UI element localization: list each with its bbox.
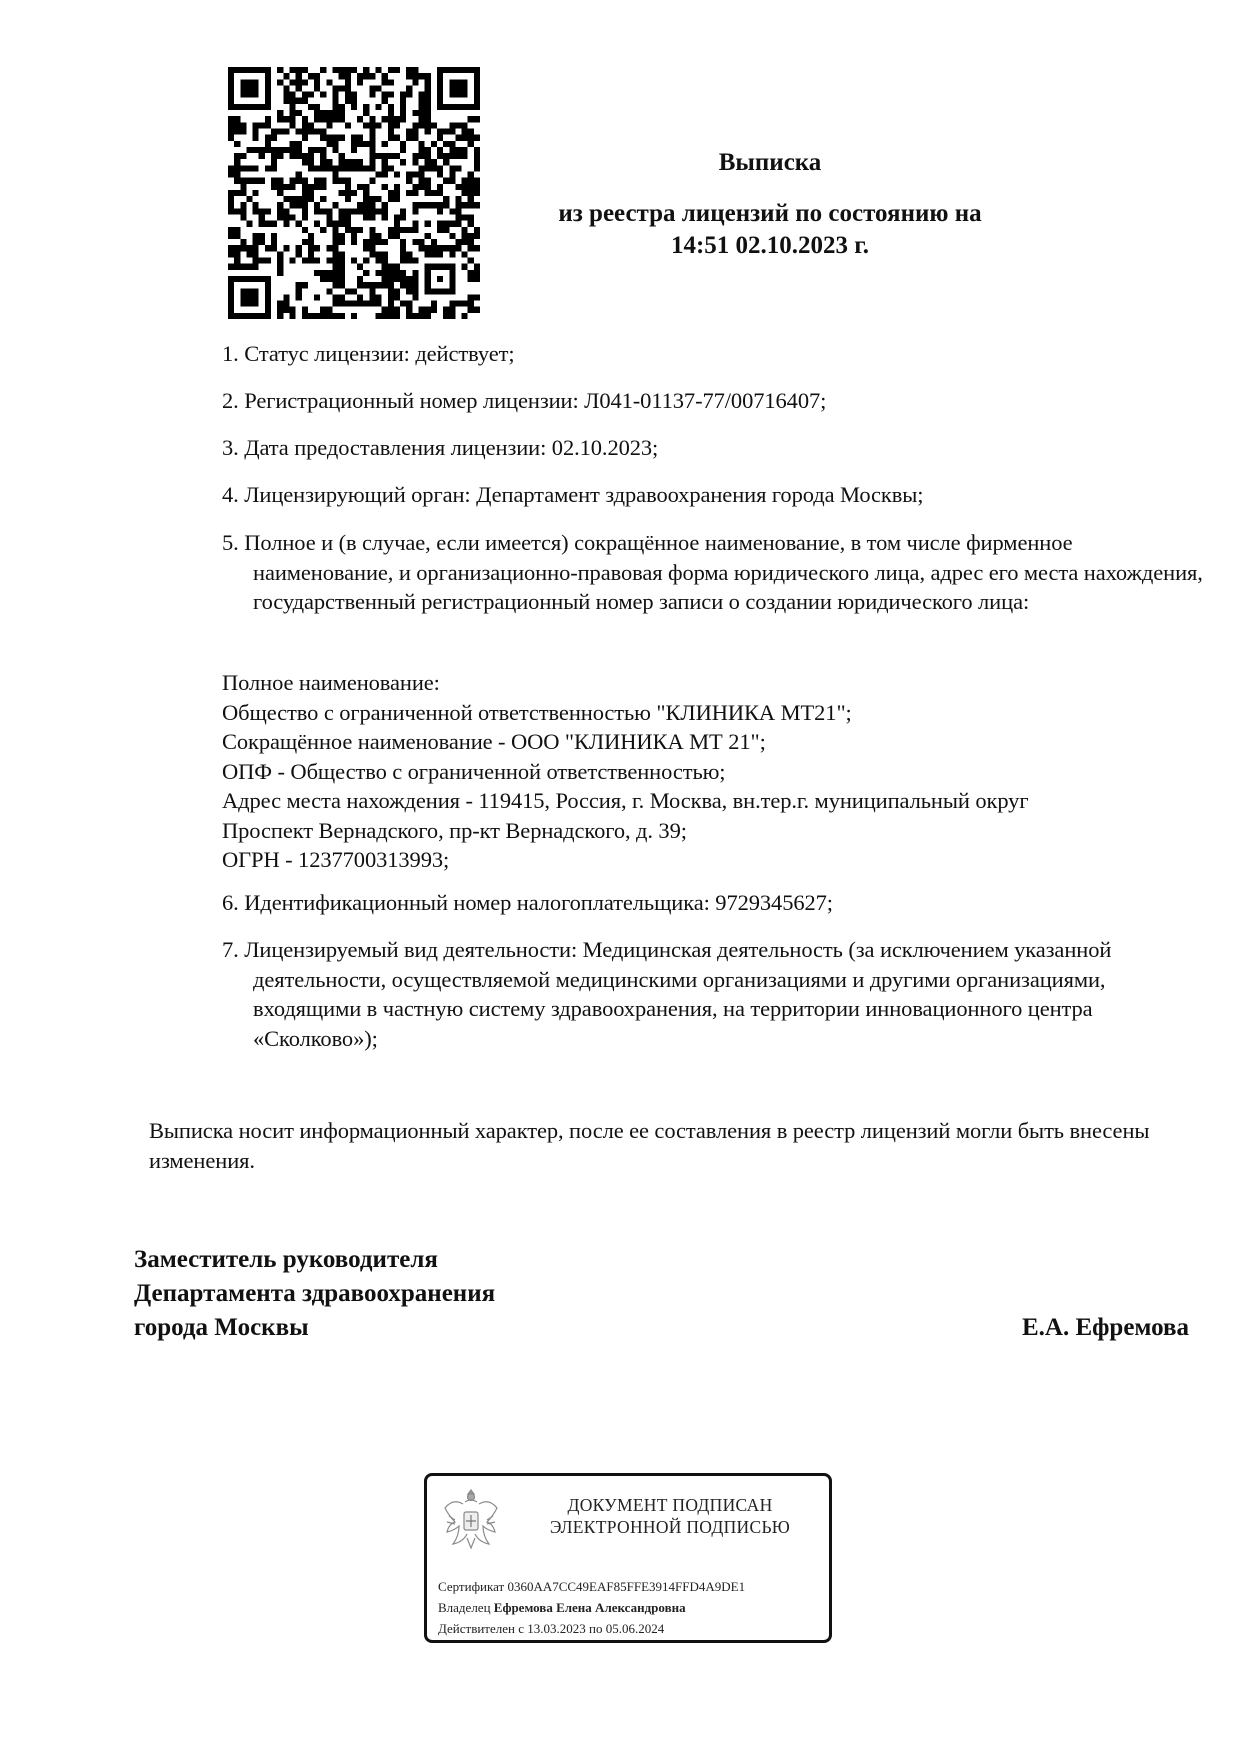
stamp-title: ДОКУМЕНТ ПОДПИСАН ЭЛЕКТРОННОЙ ПОДПИСЬЮ [517,1494,823,1538]
item-licensing-authority: 4. Лицензирующий орган: Департамент здра… [222,480,1202,510]
subtitle-line-2: 14:51 02.10.2023 г. [520,230,1020,262]
item-license-status: 1. Статус лицензии: действует; [222,339,1202,369]
subtitle-line-1: из реестра лицензий по состоянию на [520,198,1020,230]
qr-code [228,67,480,319]
item-tax-id: 6. Идентификационный номер налогоплатель… [222,888,1202,918]
item-registration-number: 2. Регистрационный номер лицензии: Л041-… [222,386,1202,416]
certificate-line: Сертификат 0360AA7CC49EAF85FFE3914FFD4A9… [438,1578,745,1595]
disclaimer: Выписка носит информационный характер, п… [149,1116,1209,1175]
item-issue-date: 3. Дата предоставления лицензии: 02.10.2… [222,433,1202,463]
validity-line: Действителен с 13.03.2023 по 05.06.2024 [438,1620,664,1637]
coat-of-arms-icon [441,1486,501,1558]
document-subtitle: из реестра лицензий по состоянию на 14:5… [520,198,1020,262]
legal-form: ОПФ - Общество с ограниченной ответствен… [222,757,1202,787]
document-title: Выписка [520,147,1020,179]
signatory-name: Е.А. Ефремова [1022,1311,1189,1345]
signatory-position: Заместитель руководителя Департамента зд… [134,1243,495,1345]
address-line-2: Проспект Вернадского, пр-кт Вернадского,… [222,816,1202,846]
address-line-1: Адрес места нахождения - 119415, Россия,… [222,786,1202,816]
item-licensed-activity: 7. Лицензируемый вид деятельности: Медиц… [222,935,1213,1053]
organization-details: Полное наименование: Общество с ограниче… [222,668,1202,875]
item-legal-entity-description: 5. Полное и (в случае, если имеется) сок… [222,528,1213,617]
short-name: Сокращённое наименование - ООО "КЛИНИКА … [222,727,1202,757]
full-name: Общество с ограниченной ответственностью… [222,698,1202,728]
ogrn: ОГРН - 1237700313993; [222,845,1202,875]
owner-line: Владелец Ефремова Елена Александровна [438,1599,686,1616]
electronic-signature-stamp: ДОКУМЕНТ ПОДПИСАН ЭЛЕКТРОННОЙ ПОДПИСЬЮ С… [424,1473,832,1643]
full-name-label: Полное наименование: [222,668,1202,698]
qr-code-icon [228,67,480,319]
